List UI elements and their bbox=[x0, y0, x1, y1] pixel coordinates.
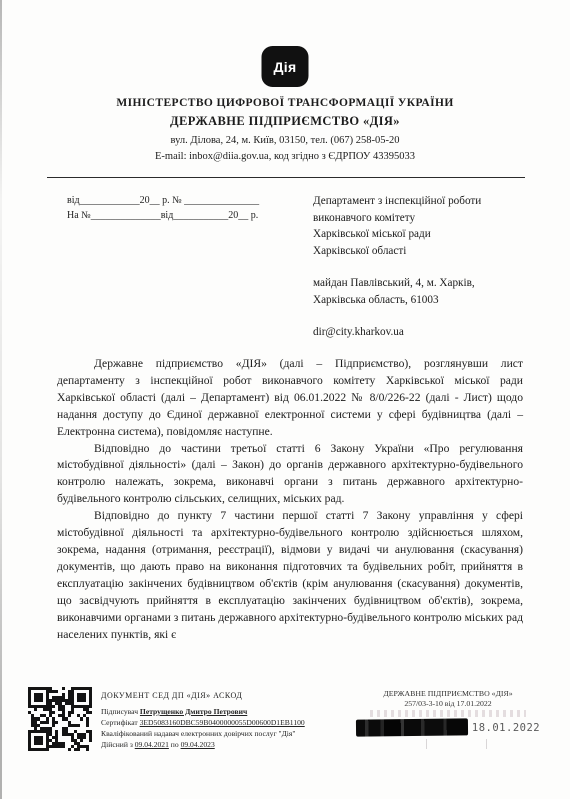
diia-logo: Дія bbox=[262, 46, 309, 87]
faint-pen-marks bbox=[382, 739, 514, 749]
body-paragraph-2: Відповідно до частини третьої статті 6 З… bbox=[57, 441, 523, 509]
spacer bbox=[313, 308, 533, 324]
certificate-line: Сертифікат 3ED5083160DBC59B0400000055D00… bbox=[101, 717, 353, 728]
signature-block: ДОКУМЕНТ СЕД ДП «ДІЯ» АСКОД Підписувач П… bbox=[101, 690, 353, 750]
body-paragraph-1: Державне підприємство «ДІЯ» (далі – Підп… bbox=[57, 356, 523, 441]
certificate-label: Сертифікат bbox=[101, 718, 140, 727]
recipient-name-line: Харківської міської ради bbox=[313, 226, 533, 243]
reference-blanks: від____________20__ р. № _______________… bbox=[67, 193, 259, 223]
recipient-name-line: Харківської області bbox=[313, 243, 533, 260]
recipient-block: Департамент з інспекційної роботи викона… bbox=[313, 193, 533, 341]
redacted-stamp-smudge bbox=[356, 718, 468, 736]
registration-stamp-block: ДЕРЖАВНЕ ПІДПРИЄМСТВО «ДІЯ» 257/03-3-10 … bbox=[352, 689, 544, 749]
recipient-address-line: Харківська область, 61003 bbox=[313, 292, 533, 309]
validity-line: Дійсний з 09.04.2021 по 09.04.2023 bbox=[101, 739, 353, 750]
faint-stamp-marks bbox=[370, 710, 526, 717]
provider-line: Кваліфікований надавач електронних довір… bbox=[101, 728, 353, 739]
scanned-letter-page: Дія МІНІСТЕРСТВО ЦИФРОВОЇ ТРАНСФОРМАЦІЇ … bbox=[0, 0, 570, 799]
certificate-value: 3ED5083160DBC59B0400000055D00600D1EB1100 bbox=[140, 718, 305, 727]
recipient-email: dir@city.kharkov.ua bbox=[313, 324, 533, 341]
signer-name: Петрущенко Дмитро Петрович bbox=[140, 707, 247, 716]
registration-number: 257/03-3-10 від 17.01.2022 bbox=[352, 699, 544, 709]
spacer bbox=[313, 259, 533, 275]
signer-line: Підписувач Петрущенко Дмитро Петрович bbox=[101, 706, 353, 717]
header-divider bbox=[47, 177, 525, 178]
body-paragraph-3: Відповідно до пункту 7 частини першої ст… bbox=[57, 508, 523, 643]
diia-logo-text: Дія bbox=[274, 59, 297, 75]
recipient-name-line: Департамент з інспекційної роботи bbox=[313, 193, 533, 210]
incoming-stamp-row: 18.01.2022 bbox=[352, 719, 544, 736]
recipient-name-line: виконавчого комітету bbox=[313, 210, 533, 227]
doc-system-line: ДОКУМЕНТ СЕД ДП «ДІЯ» АСКОД bbox=[101, 690, 353, 701]
signer-label: Підписувач bbox=[101, 707, 140, 716]
incoming-stamp-date: 18.01.2022 bbox=[472, 723, 540, 733]
registration-org: ДЕРЖАВНЕ ПІДПРИЄМСТВО «ДІЯ» bbox=[352, 689, 544, 699]
valid-to-label: по bbox=[169, 740, 181, 749]
company-address: вул. Ділова, 24, м. Київ, 03150, тел. (0… bbox=[0, 135, 570, 146]
ministry-title: МІНІСТЕРСТВО ЦИФРОВОЇ ТРАНСФОРМАЦІЇ УКРА… bbox=[0, 97, 570, 109]
reference-line-1: від____________20__ р. № _______________ bbox=[67, 193, 259, 208]
company-email-line: E-mail: inbox@diia.gov.ua, код згідно з … bbox=[0, 151, 570, 162]
valid-to-date: 09.04.2023 bbox=[181, 740, 215, 749]
valid-from-label: Дійсний з bbox=[101, 740, 135, 749]
letter-body: Державне підприємство «ДІЯ» (далі – Підп… bbox=[57, 356, 523, 643]
reference-line-2: На №______________від___________20__ р. bbox=[67, 208, 259, 223]
company-title: ДЕРЖАВНЕ ПІДПРИЄМСТВО «ДІЯ» bbox=[0, 114, 570, 129]
recipient-address-line: майдан Павлівський, 4, м. Харків, bbox=[313, 275, 533, 292]
valid-from-date: 09.04.2021 bbox=[135, 740, 169, 749]
qr-code bbox=[28, 687, 92, 751]
